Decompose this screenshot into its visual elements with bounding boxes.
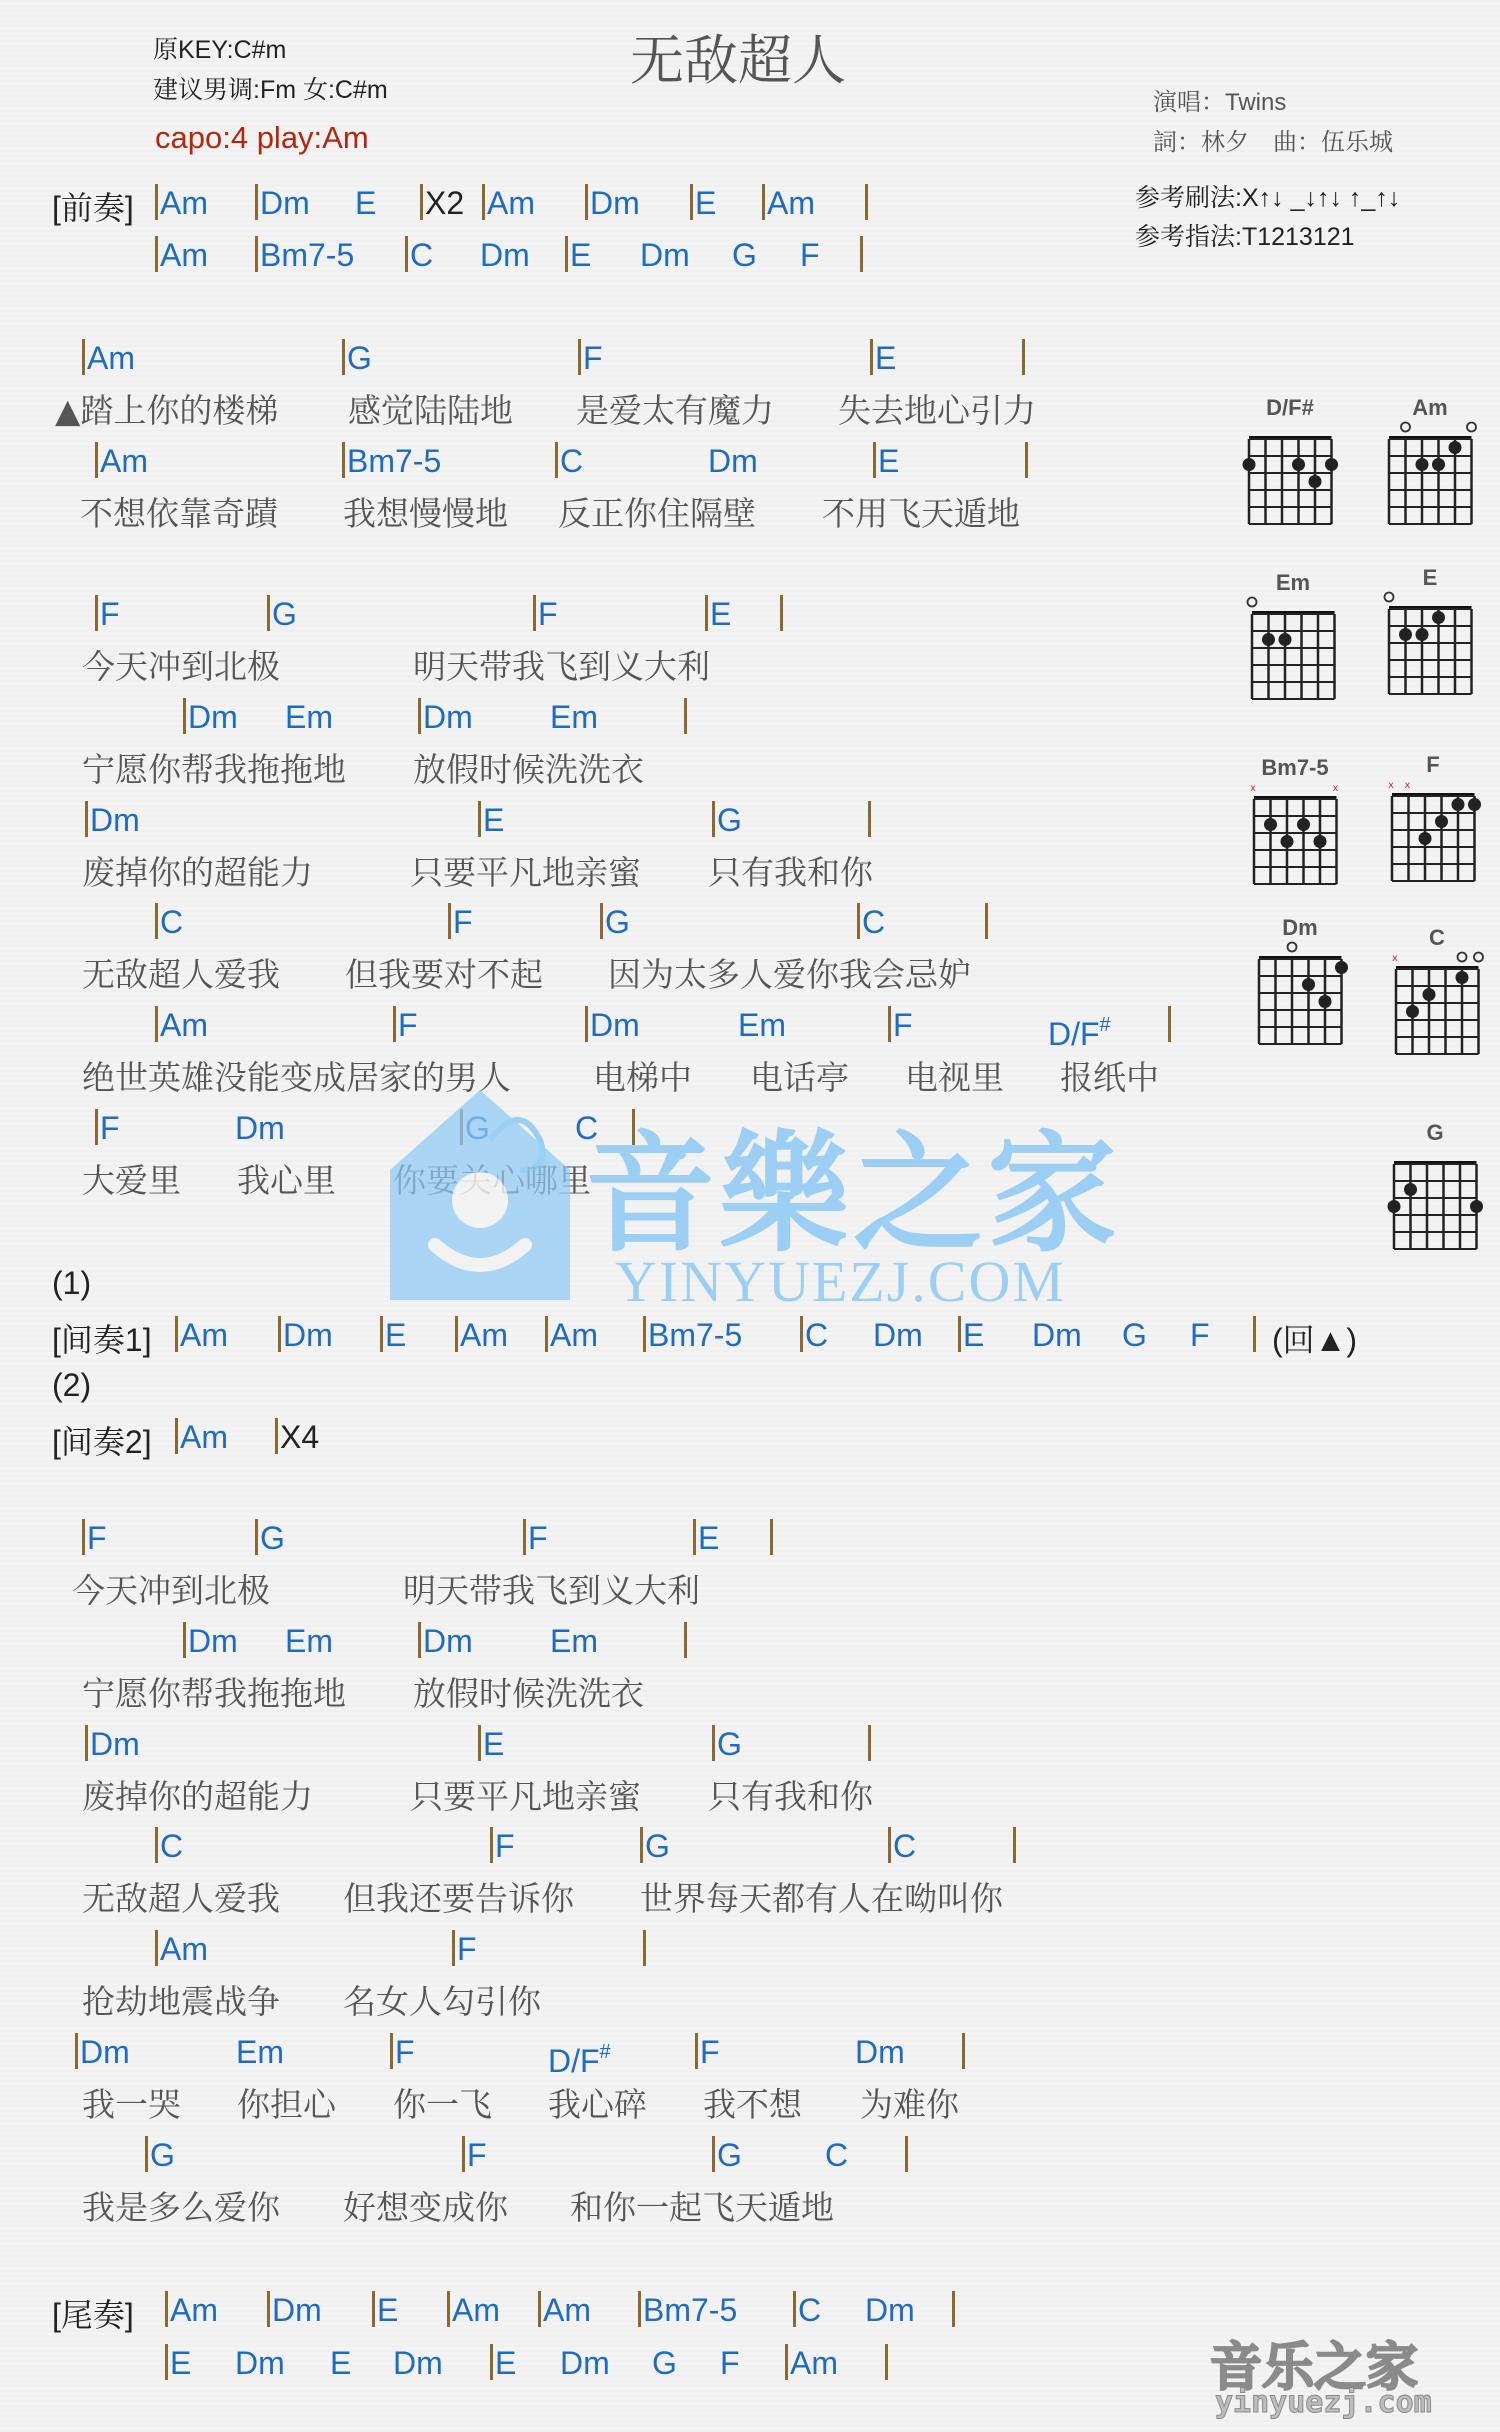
chord-token: F <box>695 2032 720 2072</box>
chord-token: E <box>958 1315 984 1355</box>
bar-line <box>684 698 687 734</box>
bar-line <box>780 595 783 631</box>
chord-name: Am <box>452 2292 500 2328</box>
chord-name: F <box>453 904 473 940</box>
chord-name: E <box>698 1520 719 1556</box>
chord-name: E <box>695 185 716 221</box>
chord-token: Dm <box>560 2343 610 2383</box>
chord-name: G <box>260 1520 285 1556</box>
chord-token: G <box>255 1518 285 1558</box>
chord-diagram-f: Fxx <box>1388 752 1498 892</box>
chord-name: Am <box>160 1007 208 1043</box>
bar-line <box>578 339 581 375</box>
chord-token <box>1022 338 1027 378</box>
chord-token: F <box>720 2343 740 2383</box>
lyric-phrase: 但我还要告诉你 <box>343 1873 574 1920</box>
lyric-phrase: 只要平凡地亲蜜 <box>410 1771 641 1818</box>
chord-name: Dm <box>855 2034 905 2070</box>
chord-name: Bm7-5 <box>347 443 441 479</box>
chord-token: Em <box>285 697 333 737</box>
bar-line <box>155 1930 158 1966</box>
chord-token: E <box>165 2343 191 2383</box>
return-note: (回▲) <box>1272 1315 1357 1361</box>
chord-name: C <box>560 443 583 479</box>
lyric-phrase: 我想慢慢地 <box>343 488 508 535</box>
bar-line <box>390 2033 393 2069</box>
chord-name: E <box>355 185 376 221</box>
chord-token: X2 <box>420 183 464 223</box>
bar-line <box>175 1316 178 1352</box>
chord-name: Am <box>767 185 815 221</box>
chord-name: E <box>710 596 731 632</box>
bar-line <box>155 236 158 272</box>
chord-token: Dm <box>865 2290 915 2330</box>
chord-token: Bm7-5 <box>643 1315 742 1355</box>
bar-line <box>860 236 863 272</box>
chord-token: Dm <box>585 183 640 223</box>
lyric-phrase: 无敌超人爱我 <box>82 1873 280 1920</box>
bar-line <box>952 2291 955 2327</box>
chord-token: Bm7-5 <box>638 2290 737 2330</box>
bar-line <box>643 1316 646 1352</box>
chord-name: Dm <box>393 2345 443 2381</box>
chord-token: Am <box>95 441 148 481</box>
chord-token: Am <box>785 2343 838 2383</box>
watermark: 音樂之家 YINYUEZJ.COM <box>380 1080 1120 1320</box>
bar-line <box>95 595 98 631</box>
chord-token: E <box>478 1724 504 1764</box>
bar-line <box>565 236 568 272</box>
chord-token: G <box>145 2135 175 2175</box>
bar-line <box>643 1930 646 1966</box>
lyric-phrase: 只有我和你 <box>708 1771 873 1818</box>
lyric-phrase: 失去地心引力 <box>838 385 1036 432</box>
lyric-phrase: ▲踏上你的楼梯 <box>55 385 278 432</box>
lyric-phrase: 我心里 <box>237 1155 336 1202</box>
chord-name: E <box>878 443 899 479</box>
chord-name: G <box>717 1726 742 1762</box>
bar-line <box>478 1725 481 1761</box>
section-label-interlude-2: [间奏2] <box>52 1417 152 1463</box>
bar-line <box>165 2291 168 2327</box>
bar-line <box>418 698 421 734</box>
bar-line <box>255 184 258 220</box>
lyric-phrase: 为难你 <box>860 2079 959 2126</box>
bar-line <box>490 1827 493 1863</box>
bar-line <box>95 442 98 478</box>
bar-line <box>95 1109 98 1145</box>
bar-line <box>455 1316 458 1352</box>
chord-token: C <box>155 902 183 942</box>
chord-token: F <box>888 1005 913 1045</box>
chord-name: Am <box>790 2345 838 2381</box>
chord-token <box>1253 1315 1258 1355</box>
bar-line <box>870 339 873 375</box>
fretboard-icon <box>1240 592 1350 712</box>
chord-token: E <box>380 1315 406 1355</box>
chord-token: Dm <box>235 2343 285 2383</box>
chord-name: Am <box>180 1317 228 1353</box>
chord-token: G <box>342 338 372 378</box>
chord-token: Am <box>155 235 208 275</box>
svg-text:x: x <box>1250 783 1256 794</box>
fretboard-icon <box>1377 587 1487 707</box>
bar-line <box>958 1316 961 1352</box>
chord-token <box>1168 1005 1173 1045</box>
bar-line <box>712 2136 715 2172</box>
lyric-phrase: 废掉你的超能力 <box>82 1771 313 1818</box>
chord-name: E <box>963 1317 984 1353</box>
chord-name: E <box>330 2345 351 2381</box>
chord-token: C <box>405 235 433 275</box>
chord-name: Am <box>460 1317 508 1353</box>
chord-token: Bm7-5 <box>342 441 441 481</box>
lyric-phrase: 宁愿你帮我拖拖地 <box>82 1668 346 1715</box>
lyric-phrase: 我一哭 <box>82 2079 181 2126</box>
footer-logo-en: yinyuezj.com <box>1215 2385 1432 2420</box>
chord-name: Am <box>100 443 148 479</box>
chord-diagram-c: Cx <box>1392 925 1500 1065</box>
lyric-phrase: 但我要对不起 <box>345 949 543 996</box>
chord-name: G <box>605 904 630 940</box>
chord-name: Dm <box>80 2034 130 2070</box>
chord-token: Am <box>155 1929 208 1969</box>
strum-pattern: 参考刷法:X↑↓ _↓↑↓ ↑_↑↓ <box>1135 178 1400 214</box>
chord-diagram-em: Em <box>1248 570 1358 710</box>
bar-line <box>800 1316 803 1352</box>
lyric-phrase: 明天带我飞到义大利 <box>403 1565 700 1612</box>
chord-token: Dm <box>480 235 530 275</box>
chord-name: Em <box>285 1623 333 1659</box>
chord-name: F <box>398 1007 418 1043</box>
chord-token: F <box>490 1826 515 1866</box>
chord-token: Am <box>455 1315 508 1355</box>
chord-name: E <box>385 1317 406 1353</box>
chord-token: Dm <box>585 1005 640 1045</box>
lyric-phrase: 抢劫地震战争 <box>82 1976 280 2023</box>
chord-name: G <box>717 802 742 838</box>
chord-token: F <box>1190 1315 1210 1355</box>
chord-name: Dm <box>188 699 238 735</box>
chord-name: Bm7-5 <box>260 237 354 273</box>
fingering-pattern: 参考指法:T1213121 <box>1135 217 1355 253</box>
chord-token <box>1025 441 1030 481</box>
lyric-phrase: 好想变成你 <box>343 2182 508 2229</box>
chord-token: G <box>712 800 742 840</box>
bar-line <box>555 442 558 478</box>
chord-token: C <box>155 1826 183 1866</box>
chord-token: C <box>857 902 885 942</box>
bar-line <box>885 2344 888 2380</box>
chord-name: C <box>160 1828 183 1864</box>
bar-line <box>985 903 988 939</box>
lyric-phrase: 只要平凡地亲蜜 <box>410 847 641 894</box>
chord-token: Dm <box>640 235 690 275</box>
bar-line <box>418 1622 421 1658</box>
chord-token: Dm <box>708 441 758 481</box>
chord-token: Em <box>550 1621 598 1661</box>
bar-line <box>1022 339 1025 375</box>
bar-line <box>490 2344 493 2380</box>
bar-line <box>962 2033 965 2069</box>
bar-line <box>82 1519 85 1555</box>
chord-diagram-df: D/F# <box>1245 395 1355 535</box>
song-title: 无敌超人 <box>630 18 846 95</box>
bar-line <box>183 698 186 734</box>
bar-line <box>482 184 485 220</box>
chord-name: Dm <box>260 185 310 221</box>
chord-token <box>1013 1826 1018 1866</box>
svg-text:x: x <box>1392 953 1398 964</box>
chord-name: Dm <box>423 699 473 735</box>
svg-text:x: x <box>1405 780 1411 791</box>
original-key: 原KEY:C#m <box>153 30 286 66</box>
chord-name: F <box>583 340 603 376</box>
bar-line <box>684 1622 687 1658</box>
bar-line <box>523 1519 526 1555</box>
lyric-phrase: 和你一起飞天遁地 <box>570 2182 834 2229</box>
chord-token: Em <box>236 2032 284 2072</box>
chord-name: D/F# <box>548 2043 611 2079</box>
bar-line <box>155 1827 158 1863</box>
sharp-sign: # <box>1100 1014 1111 1036</box>
fretboard-icon: x <box>1384 947 1494 1067</box>
fretboard-icon: xx <box>1380 774 1490 894</box>
chord-name: Em <box>550 1623 598 1659</box>
bar-line <box>712 1725 715 1761</box>
lyric-phrase: 不用飞天遁地 <box>822 488 1020 535</box>
chord-name: C <box>862 904 885 940</box>
bar-line <box>873 442 876 478</box>
chord-name: G <box>347 340 372 376</box>
bar-line <box>405 236 408 272</box>
chord-token: F <box>462 2135 487 2175</box>
chord-token: Am <box>762 183 815 223</box>
chord-token <box>985 902 990 942</box>
chord-token <box>868 1724 873 1764</box>
interlude-marker-2: (2) <box>52 1367 91 1404</box>
bar-line <box>868 1725 871 1761</box>
watermark-en: YINYUEZJ.COM <box>615 1248 1066 1315</box>
chord-token <box>885 2343 890 2383</box>
chord-token: F <box>82 1518 107 1558</box>
sharp-sign: # <box>600 2041 611 2063</box>
chord-token: F <box>95 594 120 634</box>
bar-line <box>145 2136 148 2172</box>
bar-line <box>888 1006 891 1042</box>
chord-token <box>952 2290 957 2330</box>
repeat-marker: X2 <box>425 185 464 221</box>
chord-name: E <box>170 2345 191 2381</box>
chord-token: Em <box>738 1005 786 1045</box>
chord-token: C <box>555 441 583 481</box>
lyric-phrase: 放假时候洗洗衣 <box>413 1668 644 1715</box>
chord-name: F <box>467 2137 487 2173</box>
chord-token: E <box>565 235 591 275</box>
chord-token: E <box>705 594 731 634</box>
chord-name: Am <box>543 2292 591 2328</box>
chord-name: Dm <box>708 443 758 479</box>
bar-line <box>538 2291 541 2327</box>
bar-line <box>693 1519 696 1555</box>
chord-name: Dm <box>188 1623 238 1659</box>
bar-line <box>888 1827 891 1863</box>
suggested-key: 建议男调:Fm 女:C#m <box>153 70 388 106</box>
bar-line <box>1168 1006 1171 1042</box>
chord-name: F <box>87 1520 107 1556</box>
chord-name: F <box>100 1110 120 1146</box>
chord-token: X4 <box>275 1417 319 1457</box>
bar-line <box>690 184 693 220</box>
chord-token: E <box>870 338 896 378</box>
chord-token: D/F# <box>548 2032 611 2081</box>
chord-name: F <box>495 1828 515 1864</box>
chord-token: Am <box>447 2290 500 2330</box>
bar-line <box>85 1725 88 1761</box>
chord-token: E <box>330 2343 351 2383</box>
chord-token: Dm <box>235 1108 285 1148</box>
chord-name: Em <box>550 699 598 735</box>
chord-name: Am <box>550 1317 598 1353</box>
chord-name: F <box>800 237 820 273</box>
chord-token: Em <box>550 697 598 737</box>
chord-name: E <box>875 340 896 376</box>
chord-token: Am <box>545 1315 598 1355</box>
bar-line <box>793 2291 796 2327</box>
chord-token <box>860 235 865 275</box>
bar-line <box>255 1519 258 1555</box>
chord-token: Dm <box>255 183 310 223</box>
bar-line <box>183 1622 186 1658</box>
chord-name: F <box>538 596 558 632</box>
bar-line <box>267 595 270 631</box>
bar-line <box>545 1316 548 1352</box>
chord-name: F <box>100 596 120 632</box>
chord-name: Dm <box>272 2292 322 2328</box>
chord-name: C <box>160 904 183 940</box>
section-label-outro: [尾奏] <box>52 2290 134 2336</box>
chord-token: E <box>478 800 504 840</box>
chord-token: Am <box>155 183 208 223</box>
chord-name: Bm7-5 <box>643 2292 737 2328</box>
chord-token: Am <box>155 1005 208 1045</box>
bar-line <box>1253 1316 1256 1352</box>
svg-text:x: x <box>1388 780 1394 791</box>
bar-line <box>393 1006 396 1042</box>
chord-name: Dm <box>590 1007 640 1043</box>
bar-line <box>585 1006 588 1042</box>
chord-token: Dm <box>267 2290 322 2330</box>
lyric-phrase: 名女人勾引你 <box>343 1976 541 2023</box>
bar-line <box>600 903 603 939</box>
lyric-phrase: 放假时候洗洗衣 <box>413 744 644 791</box>
chord-name: F <box>395 2034 415 2070</box>
bar-line <box>638 2291 641 2327</box>
bar-line <box>762 184 765 220</box>
chord-diagram-dm: Dm <box>1255 915 1365 1055</box>
chord-token: F <box>95 1108 120 1148</box>
chord-token: C <box>825 2135 848 2175</box>
chord-token: F <box>448 902 473 942</box>
chord-name: Dm <box>90 1726 140 1762</box>
chord-name: Am <box>180 1419 228 1455</box>
chord-name: Am <box>160 185 208 221</box>
chord-name: Dm <box>590 185 640 221</box>
chord-name: C <box>825 2137 848 2173</box>
chord-token: F <box>533 594 558 634</box>
chord-token <box>868 800 873 840</box>
chord-name: Em <box>285 699 333 735</box>
chord-name: G <box>150 2137 175 2173</box>
fretboard-icon: xx <box>1242 777 1352 897</box>
lyric-phrase: 明天带我飞到义大利 <box>413 641 710 688</box>
bar-line <box>447 2291 450 2327</box>
bar-line <box>278 1316 281 1352</box>
bar-line <box>82 339 85 375</box>
chord-token: D/F# <box>1048 1005 1111 1054</box>
chord-token: E <box>355 183 376 223</box>
chord-name: F <box>457 1931 477 1967</box>
chord-name: D/F# <box>1048 1016 1111 1052</box>
chord-token: Dm <box>393 2343 443 2383</box>
chord-token: G <box>267 594 297 634</box>
bar-line <box>175 1418 178 1454</box>
fretboard-icon <box>1237 417 1347 537</box>
chord-token: E <box>873 441 899 481</box>
chord-token: F <box>578 338 603 378</box>
chord-token: Bm7-5 <box>255 235 354 275</box>
chord-token: Dm <box>278 1315 333 1355</box>
chord-token: G <box>732 235 757 275</box>
bar-line <box>155 903 158 939</box>
chord-token: E <box>372 2290 398 2330</box>
chord-token <box>865 183 870 223</box>
chord-token <box>780 594 785 634</box>
chord-token: Dm <box>855 2032 905 2072</box>
bar-line <box>785 2344 788 2380</box>
footer-logo: 音乐之家 yinyuezj.com <box>1210 2325 1470 2425</box>
chord-token <box>684 1621 689 1661</box>
chord-token: Dm <box>1032 1315 1082 1355</box>
chord-name: Dm <box>480 237 530 273</box>
chord-token: F <box>452 1929 477 1969</box>
fretboard-icon <box>1382 1142 1492 1262</box>
lyric-phrase: 反正你住隔壁 <box>558 488 756 535</box>
bar-line <box>705 595 708 631</box>
chord-name: F <box>720 2345 740 2381</box>
chord-token: Am <box>175 1315 228 1355</box>
chord-name: F <box>700 2034 720 2070</box>
lyric-phrase: 不想依靠奇蹟 <box>80 488 278 535</box>
chord-name: E <box>495 2345 516 2381</box>
chord-token: G <box>712 1724 742 1764</box>
bar-line <box>165 2344 168 2380</box>
chord-token: Dm <box>418 1621 473 1661</box>
chord-name: C <box>410 237 433 273</box>
chord-name: G <box>732 237 757 273</box>
chord-token <box>643 1929 648 1969</box>
chord-token: Am <box>175 1417 228 1457</box>
chord-name: C <box>893 1828 916 1864</box>
bar-line <box>857 903 860 939</box>
chord-token: G <box>600 902 630 942</box>
chord-token <box>962 2032 967 2072</box>
bar-line <box>155 184 158 220</box>
chord-token: G <box>640 1826 670 1866</box>
chord-name: Dm <box>1032 1317 1082 1353</box>
chord-diagram-am: Am <box>1385 395 1495 535</box>
chord-name: Am <box>160 237 208 273</box>
